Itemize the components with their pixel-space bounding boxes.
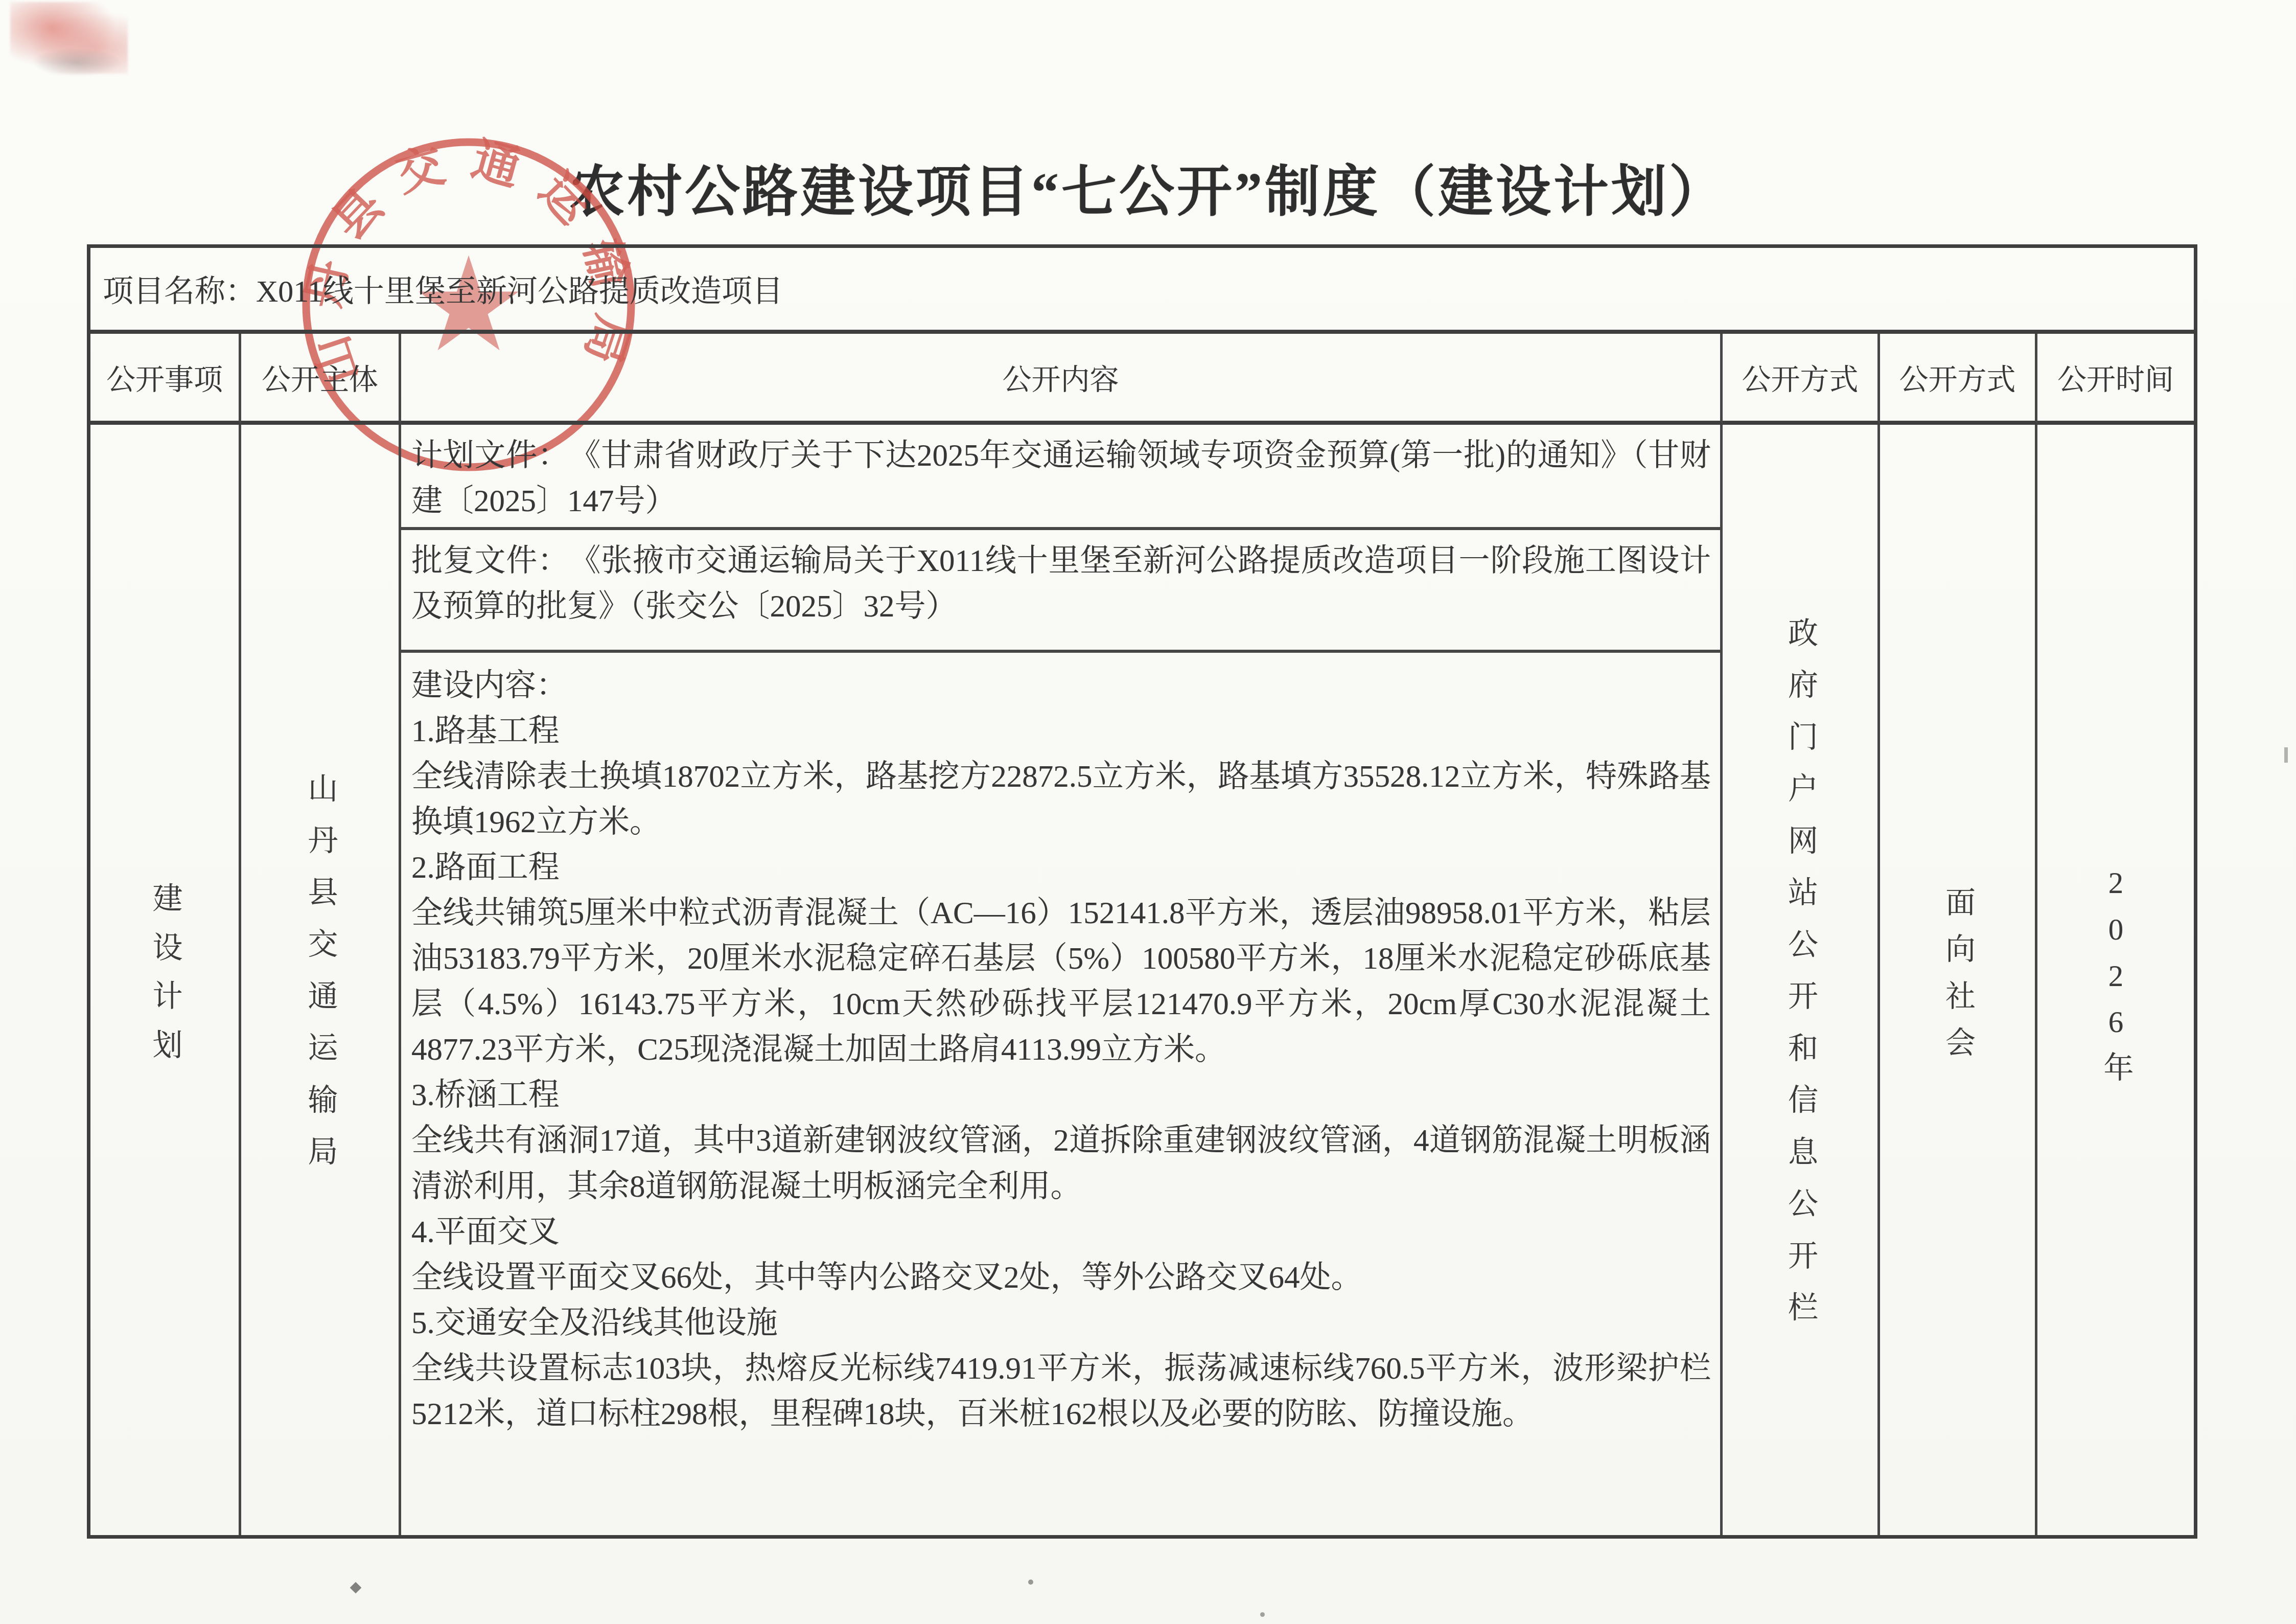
disclosure-table: 项目名称：X011线十里堡至新河公路提质改造项目 公开事项 公开主体 公开内容 … bbox=[87, 244, 2197, 1539]
page-title: 农村公路建设项目“七公开”制度（建设计划） bbox=[0, 147, 2296, 226]
construction-line: 全线共设置标志103块，热熔反光标线7419.91平方米，振荡减速标线760.5… bbox=[411, 1346, 1711, 1437]
construction-line: 建设内容： bbox=[411, 663, 1711, 708]
cell-method-society: 面向社会 bbox=[1880, 425, 2037, 1535]
cell-disclosure-item: 建设计划 bbox=[90, 425, 241, 1535]
construction-line: 全线共铺筑5厘米中粒式沥青混凝土（AC—16）152141.8平方米，透层油98… bbox=[411, 890, 1711, 1072]
pencil-smudge bbox=[28, 47, 125, 78]
scan-speck bbox=[350, 1582, 362, 1594]
disclosure-time-text: 2026年 bbox=[2101, 866, 2131, 1094]
approval-document-text: 批复文件： 《张掖市交通运输局关于X011线十里堡至新河公路提质改造项目一阶段施… bbox=[411, 544, 1711, 624]
scanned-document: { "page": { "title": "农村公路建设项目“七公开”制度（建设… bbox=[0, 0, 2296, 1624]
method-website-text: 政府门户网站公开和信息公开栏 bbox=[1785, 617, 1815, 1343]
construction-line: 全线设置平面交叉66处，其中等内公路交叉2处，等外公路交叉64处。 bbox=[411, 1255, 1711, 1300]
method-society-text: 面向社会 bbox=[1942, 886, 1973, 1073]
header-disclosure-method-2: 公开方式 bbox=[1880, 334, 2037, 425]
scan-speck bbox=[1028, 1580, 1033, 1585]
construction-line: 2.路面工程 bbox=[411, 845, 1711, 890]
scan-speck bbox=[2284, 747, 2288, 763]
construction-line: 全线共有涵洞17道，其中3道新建钢波纹管涵，2道拆除重建钢波纹管涵，4道钢筋混凝… bbox=[411, 1118, 1711, 1209]
cell-method-website: 政府门户网站公开和信息公开栏 bbox=[1723, 425, 1880, 1535]
cell-disclosure-time: 2026年 bbox=[2037, 425, 2194, 1535]
header-disclosure-subject: 公开主体 bbox=[241, 334, 401, 425]
construction-content-cell: 建设内容： 1.路基工程 全线清除表土换填18702立方米，路基挖方22872.… bbox=[401, 653, 1720, 1535]
construction-line: 1.路基工程 bbox=[411, 708, 1711, 754]
cell-disclosure-subject: 山丹县交通运输局 bbox=[241, 425, 401, 1535]
cell-disclosure-content: 计划文件： 《甘肃省财政厅关于下达2025年交通运输领域专项资金预算(第一批)的… bbox=[401, 425, 1723, 1535]
construction-line: 5.交通安全及沿线其他设施 bbox=[411, 1300, 1711, 1346]
plan-document-cell: 计划文件： 《甘肃省财政厅关于下达2025年交通运输领域专项资金预算(第一批)的… bbox=[401, 425, 1720, 530]
project-name-row: 项目名称：X011线十里堡至新河公路提质改造项目 bbox=[90, 248, 2194, 334]
approval-document-cell: 批复文件： 《张掖市交通运输局关于X011线十里堡至新河公路提质改造项目一阶段施… bbox=[401, 530, 1720, 653]
construction-line: 4.平面交叉 bbox=[411, 1209, 1711, 1255]
construction-line: 3.桥涵工程 bbox=[411, 1072, 1711, 1118]
plan-document-text: 计划文件： 《甘肃省财政厅关于下达2025年交通运输领域专项资金预算(第一批)的… bbox=[411, 439, 1711, 518]
header-disclosure-method-1: 公开方式 bbox=[1723, 334, 1880, 425]
construction-line: 全线清除表土换填18702立方米，路基挖方22872.5立方米，路基填方3552… bbox=[411, 754, 1711, 845]
project-name: 项目名称：X011线十里堡至新河公路提质改造项目 bbox=[103, 267, 783, 311]
disclosure-subject-text: 山丹县交通运输局 bbox=[305, 772, 335, 1187]
header-disclosure-item: 公开事项 bbox=[90, 334, 241, 425]
scan-speck bbox=[1260, 1612, 1265, 1617]
header-disclosure-content: 公开内容 bbox=[401, 334, 1723, 425]
disclosure-item-text: 建设计划 bbox=[150, 882, 180, 1078]
header-disclosure-time: 公开时间 bbox=[2037, 334, 2194, 425]
